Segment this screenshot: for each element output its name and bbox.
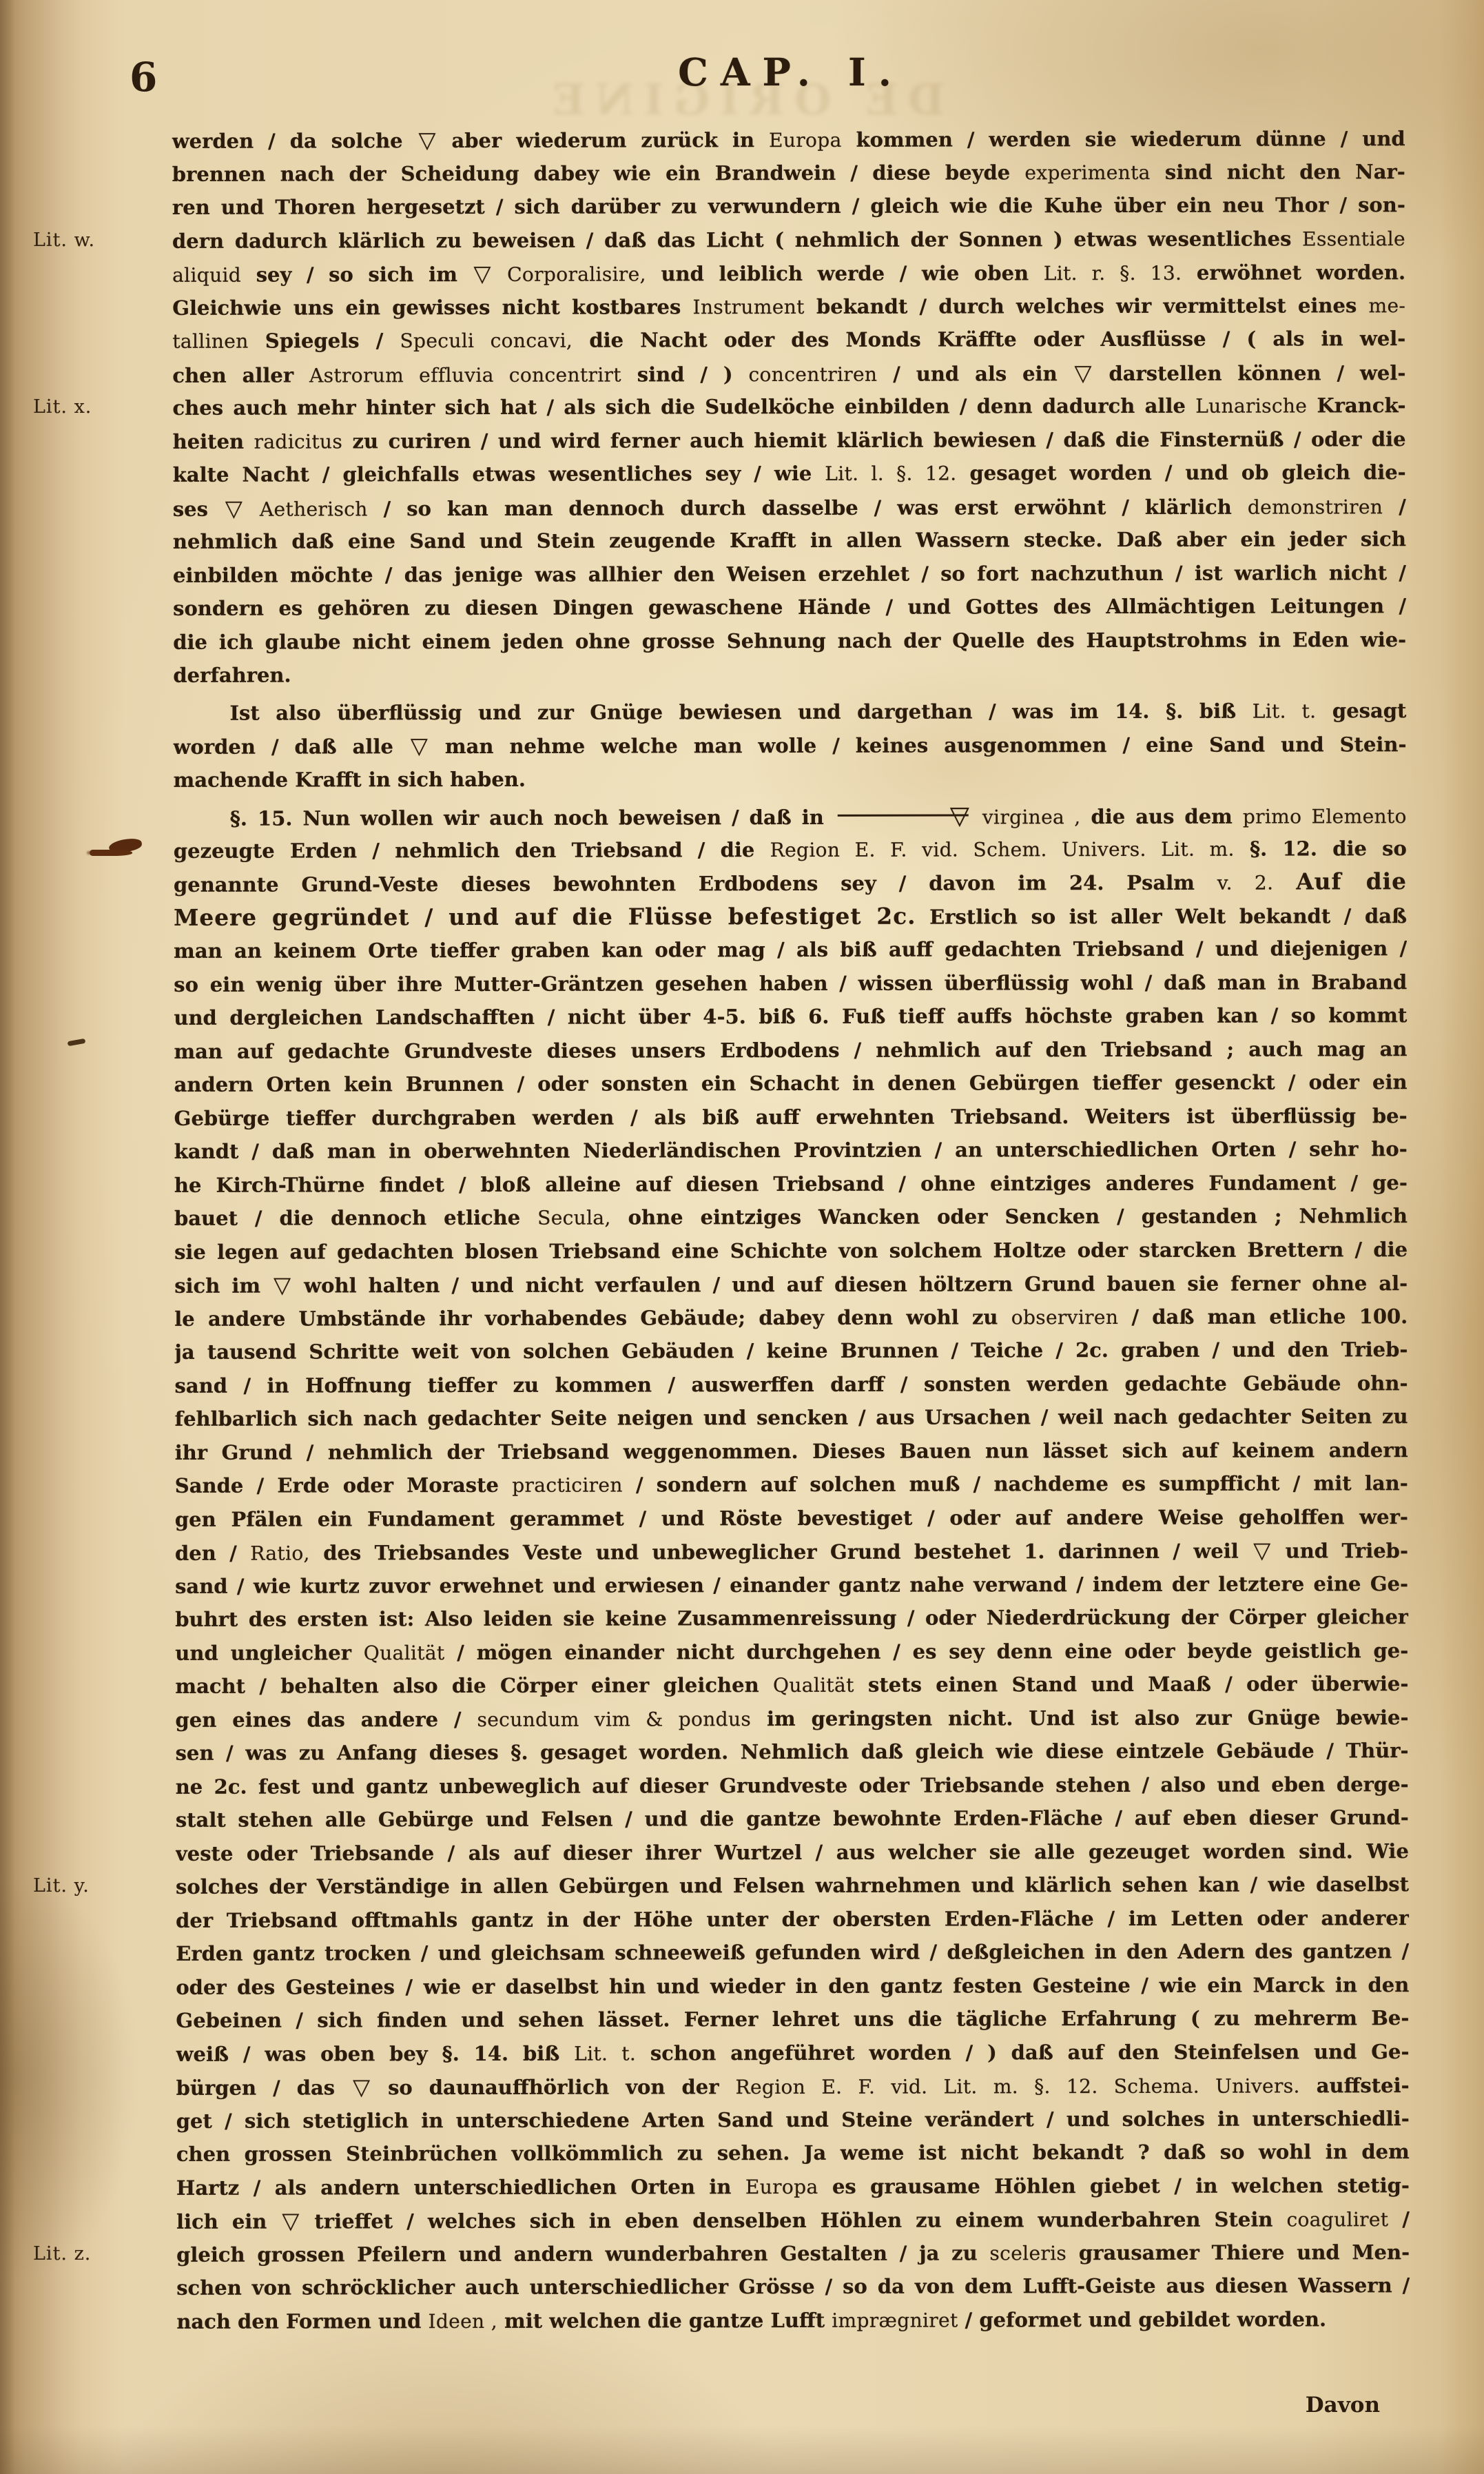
text-line: die ich glaube nicht einem jeden ohne gr… [173, 623, 1406, 659]
text-line: derfahren. [173, 656, 1406, 692]
latin-text: Secula, [537, 1207, 611, 1229]
text-line: man an keinem Orte tieffer graben kan od… [174, 932, 1407, 968]
emphasized-text: Meere gegründet / und auf die Flüsse bef… [174, 902, 916, 930]
water-symbol-icon: ▽ [409, 729, 429, 763]
text-line: Gebürge tieffer durchgraben werden / als… [174, 1099, 1408, 1135]
catchword: Davon [174, 2393, 1380, 2417]
text-line: Gebeinen / sich finden und sehen lässet.… [176, 2001, 1409, 2037]
latin-text: observiren [1011, 1306, 1119, 1329]
text-line: sich im ▽ wohl halten / und nicht verfau… [174, 1266, 1408, 1302]
page-number: 6 [130, 54, 157, 101]
text-line: oder des Gesteines / wie er daselbst hin… [176, 1968, 1409, 2004]
margin-manicule-mark [90, 839, 145, 860]
text-line: Erden gantz trocken / und gleichsam schn… [176, 1934, 1409, 1970]
text-line: Hartz / als andern unterschiedlichen Ort… [176, 2169, 1410, 2205]
text-line: ses ▽ Aetherisch / so kan man dennoch du… [173, 489, 1406, 525]
text-line: get / sich stetiglich in unterschiedene … [176, 2102, 1410, 2138]
text-line: chen aller Astrorum effluvia concentrirt… [172, 356, 1405, 391]
text-line: lich ein ▽ trieffet / welches sich in eb… [176, 2202, 1410, 2238]
text-line: aliquid sey / so sich im ▽ Corporalisire… [172, 255, 1405, 291]
latin-text: Qualität [773, 1674, 854, 1697]
latin-text: me- [1368, 294, 1405, 317]
water-symbol-icon: ▽ [1252, 1534, 1272, 1568]
water-symbol-icon: ▽ [280, 2204, 300, 2238]
text-line: gen Pfälen ein Fundament gerammet / und … [175, 1500, 1408, 1536]
latin-text: v. 2. [1217, 872, 1274, 894]
text-line: andern Orten kein Brunnen / oder sonsten… [174, 1065, 1408, 1101]
latin-text: Ideen , [428, 2309, 497, 2332]
water-symbol-icon: ▽ [472, 257, 492, 291]
latin-text: Qualität [364, 1642, 445, 1664]
text-line: weiß / was oben bey §. 14. biß Lit. t. s… [176, 2035, 1409, 2071]
text-line: he Kirch-Thürne findet / bloß alleine au… [174, 1166, 1408, 1202]
text-line: machende Krafft in sich haben. [174, 761, 1407, 797]
latin-text: Lit. t. [574, 2042, 636, 2065]
latin-text: Lunarische [1195, 394, 1307, 417]
text-line: brennen nach der Scheidung dabey wie ein… [172, 155, 1405, 191]
latin-text: concentriren [748, 362, 877, 385]
text-line: buhrt des ersten ist: Also leiden sie ke… [175, 1600, 1408, 1636]
text-line: und dergleichen Landschafften / nicht üb… [174, 999, 1407, 1034]
water-symbol-icon: ▽ [351, 2070, 371, 2104]
body-text: werden / da solche ▽ aber wiederum zurüc… [172, 121, 1410, 2338]
latin-text: Instrument [692, 295, 804, 318]
latin-text: imprægniret [832, 2309, 958, 2331]
text-line: genannte Grund-Veste dieses bewohnten Er… [174, 865, 1407, 901]
book-page: DE ORIGINE 6 CAP. I. werden / da solche … [0, 0, 1484, 2474]
latin-text: Astrorum effluvia concentrirt [309, 363, 621, 387]
latin-text: practiciren [512, 1474, 623, 1497]
text-line: Ist also überflüssig und zur Gnüge bewie… [173, 694, 1406, 730]
earth-symbol-icon: ▽ [834, 799, 972, 833]
text-line: sondern es gehören zu diesen Dingen gewa… [173, 589, 1406, 625]
latin-text: primo Elemento [1243, 805, 1407, 828]
latin-text: Corporalisire, [507, 263, 646, 285]
margin-note: Lit. y. [33, 1875, 164, 1897]
text-line: dern dadurch klärlich zu beweisen / daß … [172, 222, 1405, 258]
text-line: werden / da solche ▽ aber wiederum zurüc… [172, 121, 1405, 157]
latin-text: coaguliret [1286, 2208, 1388, 2231]
latin-text: experimenta [1024, 161, 1150, 183]
text-line: veste oder Triebsande / als auf dieser i… [176, 1834, 1409, 1870]
text-line: chen grossen Steinbrüchen vollkömmlich z… [176, 2135, 1410, 2171]
water-symbol-icon: ▽ [1073, 356, 1093, 390]
text-line: bauet / die dennoch etliche Secula, ohne… [174, 1199, 1408, 1235]
text-line: schen von schröcklicher auch unterschied… [176, 2269, 1410, 2304]
water-symbol-icon: ▽ [224, 491, 244, 525]
text-line: kandt / daß man in oberwehnten Niederlän… [174, 1132, 1408, 1168]
text-line: nach den Formen und Ideen , mit welchen … [176, 2302, 1410, 2338]
latin-text: radicitus [254, 430, 343, 453]
text-line: macht / behalten also die Cörper einer g… [175, 1667, 1408, 1703]
latin-text: Region E. F. vid. Schem. Univers. Lit. m… [770, 837, 1235, 861]
text-line: ches auch mehr hinter sich hat / als sic… [172, 389, 1405, 425]
text-line: Meere gegründet / und auf die Flüsse bef… [174, 899, 1407, 934]
margin-note: Lit. x. [33, 396, 164, 418]
text-line: worden / daß alle ▽ man nehme welche man… [173, 727, 1406, 763]
text-line: tallinen Spiegels / Speculi concavi, die… [172, 322, 1405, 358]
text-line: man auf gedachte Grundveste dieses unser… [174, 1032, 1407, 1068]
margin-dash-mark [68, 1038, 86, 1045]
text-line: und ungleicher Qualität / mögen einander… [175, 1634, 1408, 1670]
latin-text: Ratio, [250, 1542, 310, 1564]
text-line: sand / in Hoffnung tieffer zu kommen / a… [174, 1367, 1408, 1402]
text-line: ihr Grund / nehmlich der Triebsand wegge… [175, 1433, 1408, 1469]
margin-note: Lit. z. [33, 2243, 164, 2265]
latin-text: Region E. F. vid. Lit. m. §. 12. Schema.… [735, 2074, 1299, 2098]
latin-text: Essentiale [1302, 227, 1405, 250]
text-line: einbilden möchte / das jenige was allhie… [173, 556, 1406, 592]
water-symbol-icon: ▽ [892, 799, 971, 832]
text-line: sand / wie kurtz zuvor erwehnet und erwi… [175, 1567, 1408, 1603]
latin-text: sceleris [989, 2242, 1066, 2265]
text-line: gen eines das andere / secundum vim & po… [175, 1701, 1408, 1737]
water-symbol-icon: ▽ [272, 1269, 292, 1302]
latin-text: Lit. r. §. 13. [1044, 262, 1182, 285]
latin-text: Lit. l. §. 12. [825, 462, 956, 484]
emphasized-text: Auf die [1296, 868, 1407, 894]
latin-text: Europa [769, 129, 842, 152]
text-line: nehmlich daß eine Sand und Stein zeugend… [173, 522, 1406, 558]
text-line: bürgen / das ▽ so daunauffhörlich von de… [176, 2068, 1410, 2104]
text-line: heiten radicitus zu curiren / und wird f… [173, 422, 1406, 458]
text-line: le andere Umbstände ihr vorhabendes Gebä… [174, 1300, 1408, 1336]
latin-text: secundum vim & pondus [477, 1708, 751, 1731]
latin-text: Speculi concavi, [400, 329, 573, 353]
text-line: den / Ratio, des Triebsandes Veste und u… [175, 1533, 1408, 1569]
latin-text: demonstriren [1248, 495, 1383, 518]
latin-text: tallinen [172, 330, 248, 353]
chapter-heading: CAP. I. [174, 50, 1408, 94]
text-line: gleich grossen Pfeilern und andern wunde… [176, 2236, 1410, 2271]
text-line: sen / was zu Anfang dieses §. gesaget wo… [176, 1734, 1409, 1770]
latin-text: Lit. t. [1253, 699, 1317, 722]
text-line: sie legen auf gedachten blosen Triebsand… [174, 1233, 1408, 1269]
latin-text: aliquid [172, 264, 241, 287]
text-line: kalte Nacht / gleichfalls etwas wesentli… [173, 456, 1406, 491]
text-line: Gleichwie uns ein gewisses nicht kostbar… [172, 289, 1405, 325]
latin-text: Aetherisch [260, 498, 368, 520]
water-symbol-icon: ▽ [417, 123, 437, 157]
latin-text: virginea , [982, 806, 1081, 828]
text-line: ren und Thoren hergesetzt / sich darüber… [172, 188, 1405, 224]
text-line: der Triebsand offtmahls gantz in der Höh… [176, 1901, 1409, 1937]
text-line: so ein wenig über ihre Mutter-Gräntzen g… [174, 965, 1407, 1001]
text-line: solches der Verständige in allen Gebürge… [176, 1868, 1409, 1903]
text-line: ne 2c. fest und gantz unbeweglich auf di… [176, 1768, 1409, 1803]
margin-note: Lit. w. [33, 229, 164, 251]
text-line: fehlbarlich sich nach gedachter Seite ne… [175, 1400, 1408, 1435]
latin-text: Europa [745, 2175, 818, 2198]
text-line: stalt stehen alle Gebürge und Felsen / u… [176, 1801, 1409, 1837]
text-line: ja tausend Schritte weit von solchen Geb… [174, 1333, 1408, 1369]
text-line: Sande / Erde oder Moraste practiciren / … [175, 1466, 1408, 1502]
text-line: gezeugte Erden / nehmlich den Triebsand … [174, 832, 1407, 868]
text-line: §. 15. Nun wollen wir auch noch beweisen… [174, 798, 1407, 834]
